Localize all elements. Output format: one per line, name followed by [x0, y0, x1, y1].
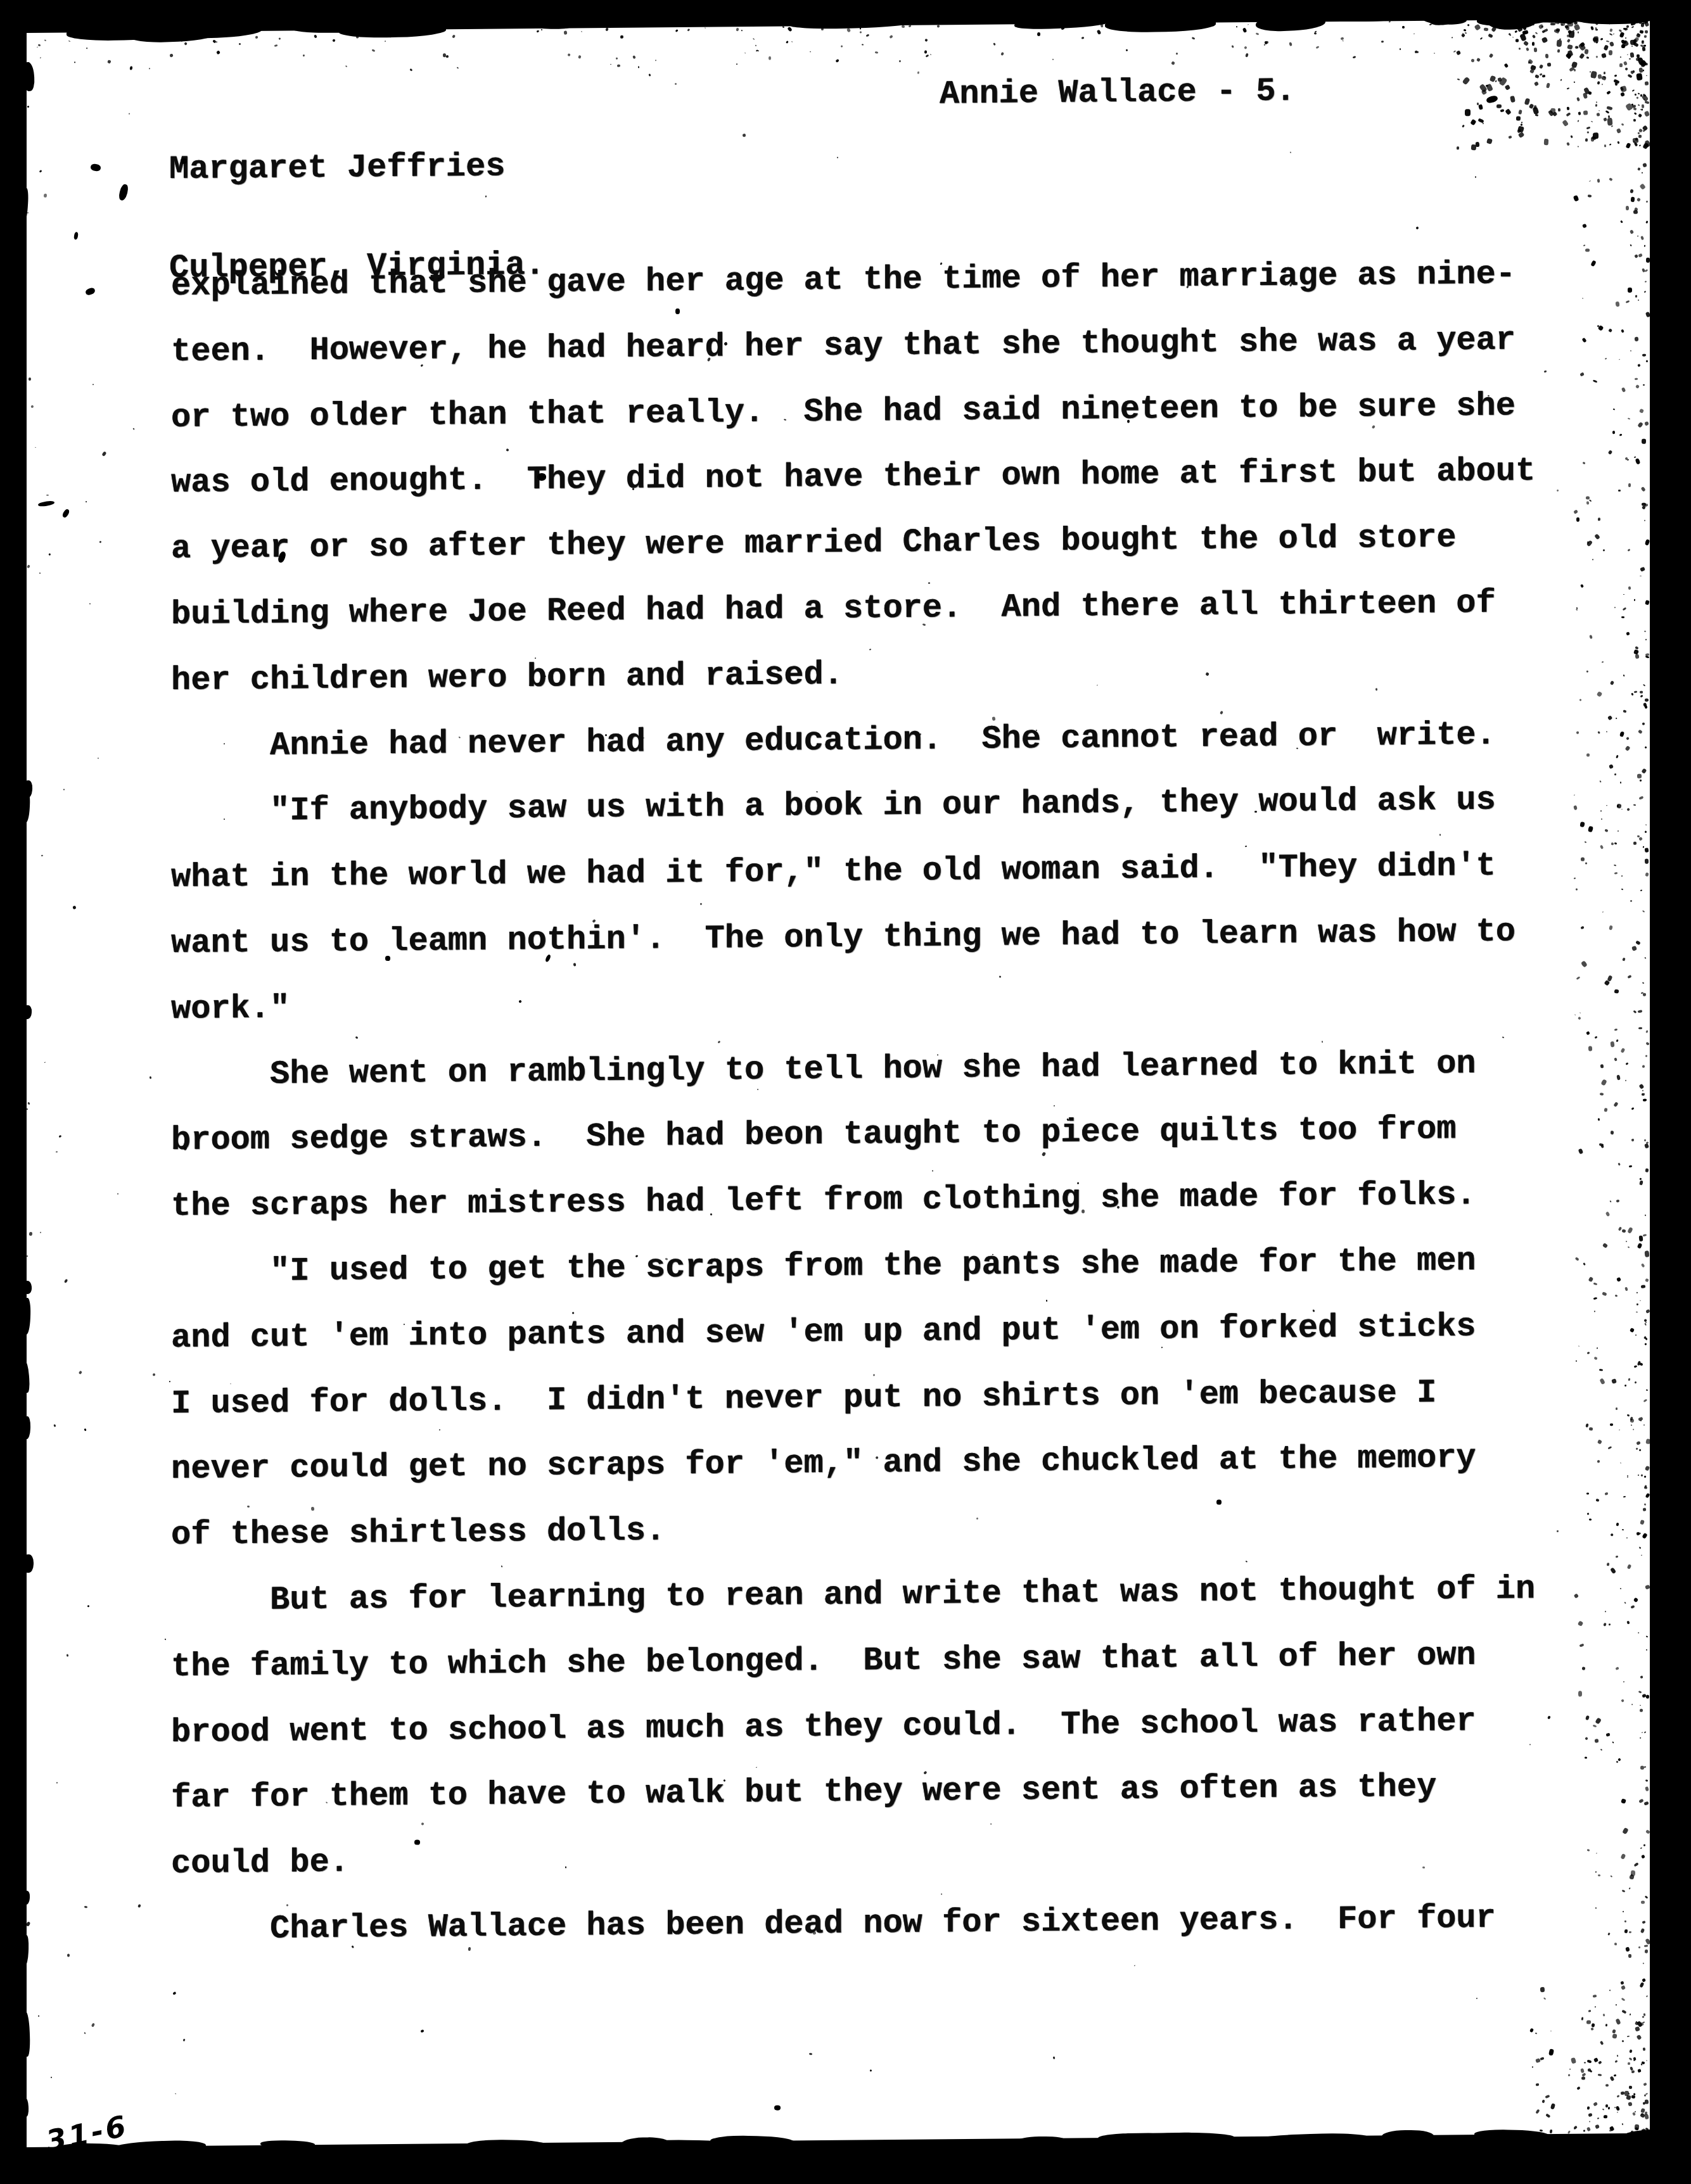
author-name: Margaret Jeffries [169, 150, 545, 186]
body-line: Annie had never had any education. She c… [171, 702, 1535, 780]
body-line: her children wero born and raised. [171, 636, 1535, 714]
body-line: Charles Wallace has been dead now for si… [171, 1885, 1535, 1963]
body-line: could be. [171, 1819, 1535, 1897]
scanned-document: Margaret Jeffries Culpeper, Virginia. An… [0, 0, 1691, 2184]
body-line: the scraps her mistress had left from cl… [171, 1162, 1535, 1240]
body-line: She went on ramblingly to tell how she h… [171, 1031, 1535, 1108]
body-line: But as for learning to rean and write th… [171, 1556, 1535, 1634]
body-line: broom sedge straws. She had beon taught … [171, 1096, 1535, 1174]
body-line: a year or so after they were married Cha… [171, 504, 1535, 582]
body-line: "I used to get the scraps from the pants… [171, 1228, 1535, 1305]
body-line: work." [171, 965, 1535, 1043]
body-line: want us to leamn nothin'. The only thing… [171, 899, 1535, 977]
body-line: or two older than that really. She had s… [171, 373, 1535, 451]
body-line: what in the world we had it for," the ol… [171, 833, 1535, 911]
body-line: was old enought. They did not have their… [171, 439, 1535, 517]
body-line: and cut 'em into pants and sew 'em up an… [171, 1293, 1535, 1371]
body-line: "If anybody saw us with a book in our ha… [171, 768, 1535, 846]
body-line: far for them to have to walk but they we… [171, 1754, 1535, 1832]
body-line: explained that she gave her age at the t… [171, 241, 1535, 319]
body-line: I used for dolls. I didn't never put no … [171, 1359, 1535, 1437]
body-line: of these shirtless dolls. [171, 1490, 1535, 1568]
body-line: the family to which she belonged. But sh… [171, 1622, 1535, 1700]
page-title: Annie Wallace - 5. [940, 75, 1296, 111]
body-line: teen. However, he had heard her say that… [171, 307, 1535, 385]
body-text: explained that she gave her age at the t… [171, 241, 1535, 1963]
body-line: building where Joe Reed had had a store.… [171, 570, 1535, 648]
body-line: brood went to school as much as they cou… [171, 1688, 1535, 1766]
body-line: never could get no scraps for 'em," and … [171, 1425, 1535, 1503]
document-page: Margaret Jeffries Culpeper, Virginia. An… [27, 19, 1650, 2147]
handwritten-page-code: 31-6 [43, 2109, 131, 2159]
